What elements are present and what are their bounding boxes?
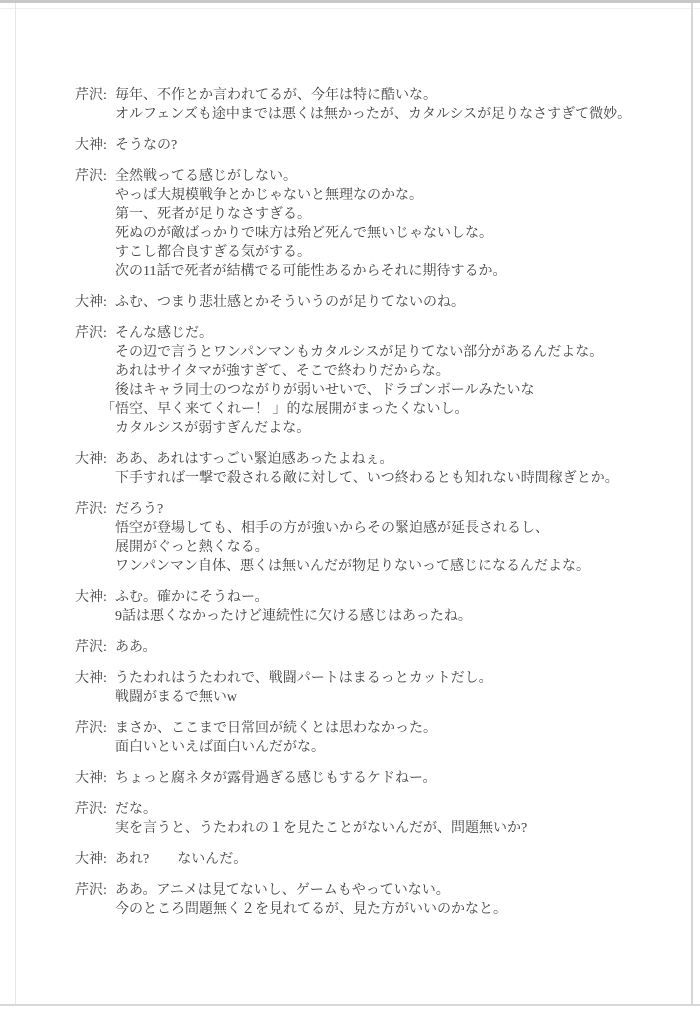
dialogue-block: 大神: ちょっと腐ネタが露骨過ぎる感じもするケドねー。 [75,769,675,788]
speaker-label: 芹沢: [75,638,107,657]
dialogue-line: 展開がぐっと熱くなる。 [115,538,675,557]
dialogue-block: 大神: うたわれはうたわれで、戦闘パートはまるっとカットだし。戦闘がまるで無いw [75,669,675,707]
speaker-label: 芹沢: [75,719,107,738]
dialogue-block: 芹沢: 毎年、不作とか言われてるが、今年は特に酷いな。オルフェンズも途中までは悪… [75,86,675,124]
speaker-label: 大神: [75,850,107,869]
speaker-label: 大神: [75,293,107,312]
dialogue-block: 芹沢: だな。実を言うと、うたわれの１を見たことがないんだが、問題無いか? [75,800,675,838]
dialogue-line: 下手すれば一撃で殺される敵に対して、いつ終わるとも知れない時間稼ぎとか。 [115,469,675,488]
document-page: 芹沢: 毎年、不作とか言われてるが、今年は特に酷いな。オルフェンズも途中までは悪… [0,0,700,1012]
speaker-label: 大神: [75,669,107,688]
speaker-label: 大神: [75,588,107,607]
dialogue-line: ふむ、つまり悲壮感とかそういうのが足りてないのね。 [115,293,675,312]
dialogue-line: そうなの? [115,136,675,155]
dialogue-line: カタルシスが弱すぎんだよな。 [115,419,675,438]
speaker-label: 芹沢: [75,324,107,343]
dialogue-line: 後はキャラ同士のつながりが弱いせいで、ドラゴンボールみたいな [115,381,675,400]
dialogue-block: 大神: ああ、あれはすっごい緊迫感あったよねぇ。下手すれば一撃で殺される敵に対し… [75,450,675,488]
speaker-label: 芹沢: [75,500,107,519]
page-edge-top-faint [0,8,700,9]
dialogue-line: あれ? ないんだ。 [115,850,675,869]
dialogue-line: だろう? [115,500,675,519]
dialogue-line: オルフェンズも途中までは悪くは無かったが、カタルシスが足りなさすぎて微妙。 [115,105,675,124]
dialogue-line: 毎年、不作とか言われてるが、今年は特に酷いな。 [115,86,675,105]
dialogue-line: そんな感じだ。 [115,324,675,343]
dialogue-line: 悟空が登場しても、相手の方が強いからその緊迫感が延長されるし、 [115,519,675,538]
dialogue-line: やっぱ大規模戦争とかじゃないと無理なのかな。 [115,186,675,205]
dialogue-list: 芹沢: 毎年、不作とか言われてるが、今年は特に酷いな。オルフェンズも途中までは悪… [75,86,675,931]
dialogue-line: ああ。 [115,638,675,657]
dialogue-line: 全然戦ってる感じがしない。 [115,167,675,186]
speaker-label: 大神: [75,450,107,469]
dialogue-line: まさか、ここまで日常回が続くとは思わなかった。 [115,719,675,738]
page-edge-top [0,0,700,3]
dialogue-block: 芹沢: まさか、ここまで日常回が続くとは思わなかった。面白いといえば面白いんだが… [75,719,675,757]
dialogue-line: その辺で言うとワンパンマンもカタルシスが足りてない部分があるんだよな。 [115,343,675,362]
page-edge-left [15,3,16,1005]
dialogue-block: 芹沢: そんな感じだ。その辺で言うとワンパンマンもカタルシスが足りてない部分があ… [75,324,675,438]
dialogue-line: すこし都合良すぎる気がする。 [115,243,675,262]
dialogue-line: ワンパンマン自体、悪くは無いんだが物足りないって感じになるんだよな。 [115,557,675,576]
dialogue-line: だな。 [115,800,675,819]
dialogue-line: 次の11話で死者が結構でる可能性あるからそれに期待するか。 [115,262,675,281]
dialogue-block: 芹沢: ああ。 [75,638,675,657]
dialogue-block: 大神: そうなの? [75,136,675,155]
dialogue-line: ちょっと腐ネタが露骨過ぎる感じもするケドねー。 [115,769,675,788]
page-edge-right [691,3,693,1005]
dialogue-block: 芹沢: だろう?悟空が登場しても、相手の方が強いからその緊迫感が延長されるし、展… [75,500,675,576]
dialogue-line: 面白いといえば面白いんだがな。 [115,738,675,757]
dialogue-line: ふむ。確かにそうねー。 [115,588,675,607]
dialogue-line: 実を言うと、うたわれの１を見たことがないんだが、問題無いか? [115,819,675,838]
dialogue-line: 今のところ問題無く２を見れてるが、見た方がいいのかなと。 [115,900,675,919]
dialogue-line: うたわれはうたわれで、戦闘パートはまるっとカットだし。 [115,669,675,688]
dialogue-line: ああ。アニメは見てないし、ゲームもやっていない。 [115,881,675,900]
dialogue-line: ああ、あれはすっごい緊迫感あったよねぇ。 [115,450,675,469]
dialogue-block: 芹沢: ああ。アニメは見てないし、ゲームもやっていない。今のところ問題無く２を見… [75,881,675,919]
page-edge-bottom [0,1004,700,1006]
speaker-label: 芹沢: [75,800,107,819]
dialogue-line: 戦闘がまるで無いw [115,688,675,707]
speaker-label: 大神: [75,769,107,788]
dialogue-block: 大神: ふむ、つまり悲壮感とかそういうのが足りてないのね。 [75,293,675,312]
dialogue-line: 死ぬのが敵ばっかりで味方は殆ど死んで無いじゃないしな。 [115,224,675,243]
dialogue-block: 大神: ふむ。確かにそうねー。9話は悪くなかったけど連続性に欠ける感じはあったね… [75,588,675,626]
dialogue-line: 「悟空、早く来てくれー！ 」的な展開がまったくないし。 [101,400,675,419]
speaker-label: 芹沢: [75,167,107,186]
dialogue-line: あれはサイタマが強すぎて、そこで終わりだからな。 [115,362,675,381]
dialogue-block: 芹沢: 全然戦ってる感じがしない。やっぱ大規模戦争とかじゃないと無理なのかな。第… [75,167,675,281]
dialogue-block: 大神: あれ? ないんだ。 [75,850,675,869]
dialogue-line: 第一、死者が足りなさすぎる。 [115,205,675,224]
speaker-label: 芹沢: [75,881,107,900]
speaker-label: 大神: [75,136,107,155]
speaker-label: 芹沢: [75,86,107,105]
dialogue-line: 9話は悪くなかったけど連続性に欠ける感じはあったね。 [115,607,675,626]
